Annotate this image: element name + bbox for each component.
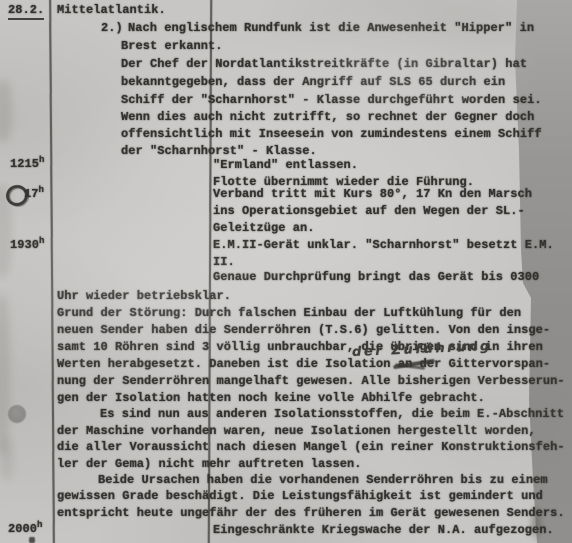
report-line: gewissen Grade beschädigt. Die Leistungs… bbox=[57, 489, 543, 503]
entry-line: Schiff der "Scharnhorst" - Klasse durchg… bbox=[121, 93, 542, 107]
log-line: Verband tritt mit Kurs 80°, 17 Kn den Ma… bbox=[213, 187, 532, 201]
entry-line: der "Scharnhorst" - Klasse. bbox=[121, 144, 317, 158]
section-heading: Mittelatlantik. bbox=[57, 3, 166, 17]
report-line: neuen Sender haben die Senderröhren (T.S… bbox=[57, 323, 550, 337]
punch-hole bbox=[8, 405, 26, 423]
column-rule-left bbox=[49, 0, 55, 543]
time-marker: 2000h bbox=[8, 521, 42, 536]
margin-smudge bbox=[0, 295, 10, 455]
entry-line: Nach englischem Rundfunk ist die Anwesen… bbox=[128, 21, 534, 35]
log-line: Eingeschränkte Kriegswache der N.A. aufg… bbox=[213, 523, 554, 537]
log-line: ins Operationsgebiet auf den Wegen der S… bbox=[213, 204, 525, 218]
report-line: gen der Isolation hatten noch keine voll… bbox=[57, 391, 485, 405]
partial-character bbox=[29, 537, 35, 543]
entry-number: 2.) bbox=[101, 21, 123, 35]
margin-smudge bbox=[0, 438, 14, 480]
report-line: Beide Ursachen haben die vorhandenen Sen… bbox=[98, 473, 548, 487]
time-marker: 1215h bbox=[10, 156, 44, 171]
report-line: nung der Senderröhren mangelhaft gewesen… bbox=[57, 374, 565, 388]
date-label: 28.2. bbox=[8, 3, 44, 17]
entry-line: Wenn dies auch nicht zutrifft, so rechne… bbox=[121, 110, 534, 124]
report-line: Grund der Störung: Durch falschen Einbau… bbox=[57, 306, 521, 320]
entry-line: Der Chef der Nordatlantikstreitkräfte (i… bbox=[121, 57, 527, 71]
report-line: die aller Voraussicht nach diesen Mangel… bbox=[57, 440, 565, 454]
margin-smudge bbox=[0, 80, 12, 142]
log-line: "Ermland" entlassen. bbox=[213, 158, 358, 172]
report-line: der Maschine vorhanden waren, neue Isola… bbox=[57, 424, 536, 438]
report-line: Es sind nun aus anderen Isolationsstoffe… bbox=[100, 407, 564, 421]
entry-line: Brest erkannt. bbox=[121, 39, 223, 53]
struck-text: an bbox=[398, 357, 413, 371]
report-line: ler der Gema) nicht mehr auftreten lasse… bbox=[57, 457, 362, 471]
log-line: Geleitzüge an. bbox=[213, 221, 315, 235]
entry-line: bekanntgegeben, dass der Angriff auf SLS… bbox=[121, 75, 505, 89]
log-line: Genaue Durchprüfung bringt das Gerät bis… bbox=[213, 270, 539, 284]
log-line: II. bbox=[213, 255, 235, 269]
time-marker: 1930h bbox=[10, 237, 44, 252]
report-line: entspricht heute ungefähr der des früher… bbox=[57, 506, 565, 520]
entry-line: offensichtlich mit Inseesein von zuminde… bbox=[121, 127, 542, 141]
scanned-document-page: 28.2. Mittelatlantik. 2.) Nach englische… bbox=[0, 0, 572, 543]
log-line: E.M.II-Gerät unklar. "Scharnhorst" beset… bbox=[213, 238, 554, 252]
report-line: Uhr wieder betriebsklar. bbox=[57, 289, 231, 303]
time-marker: 17h bbox=[24, 186, 44, 201]
corrected-report-line: Werten herabgesetzt. Daneben ist die Iso… bbox=[57, 357, 550, 371]
